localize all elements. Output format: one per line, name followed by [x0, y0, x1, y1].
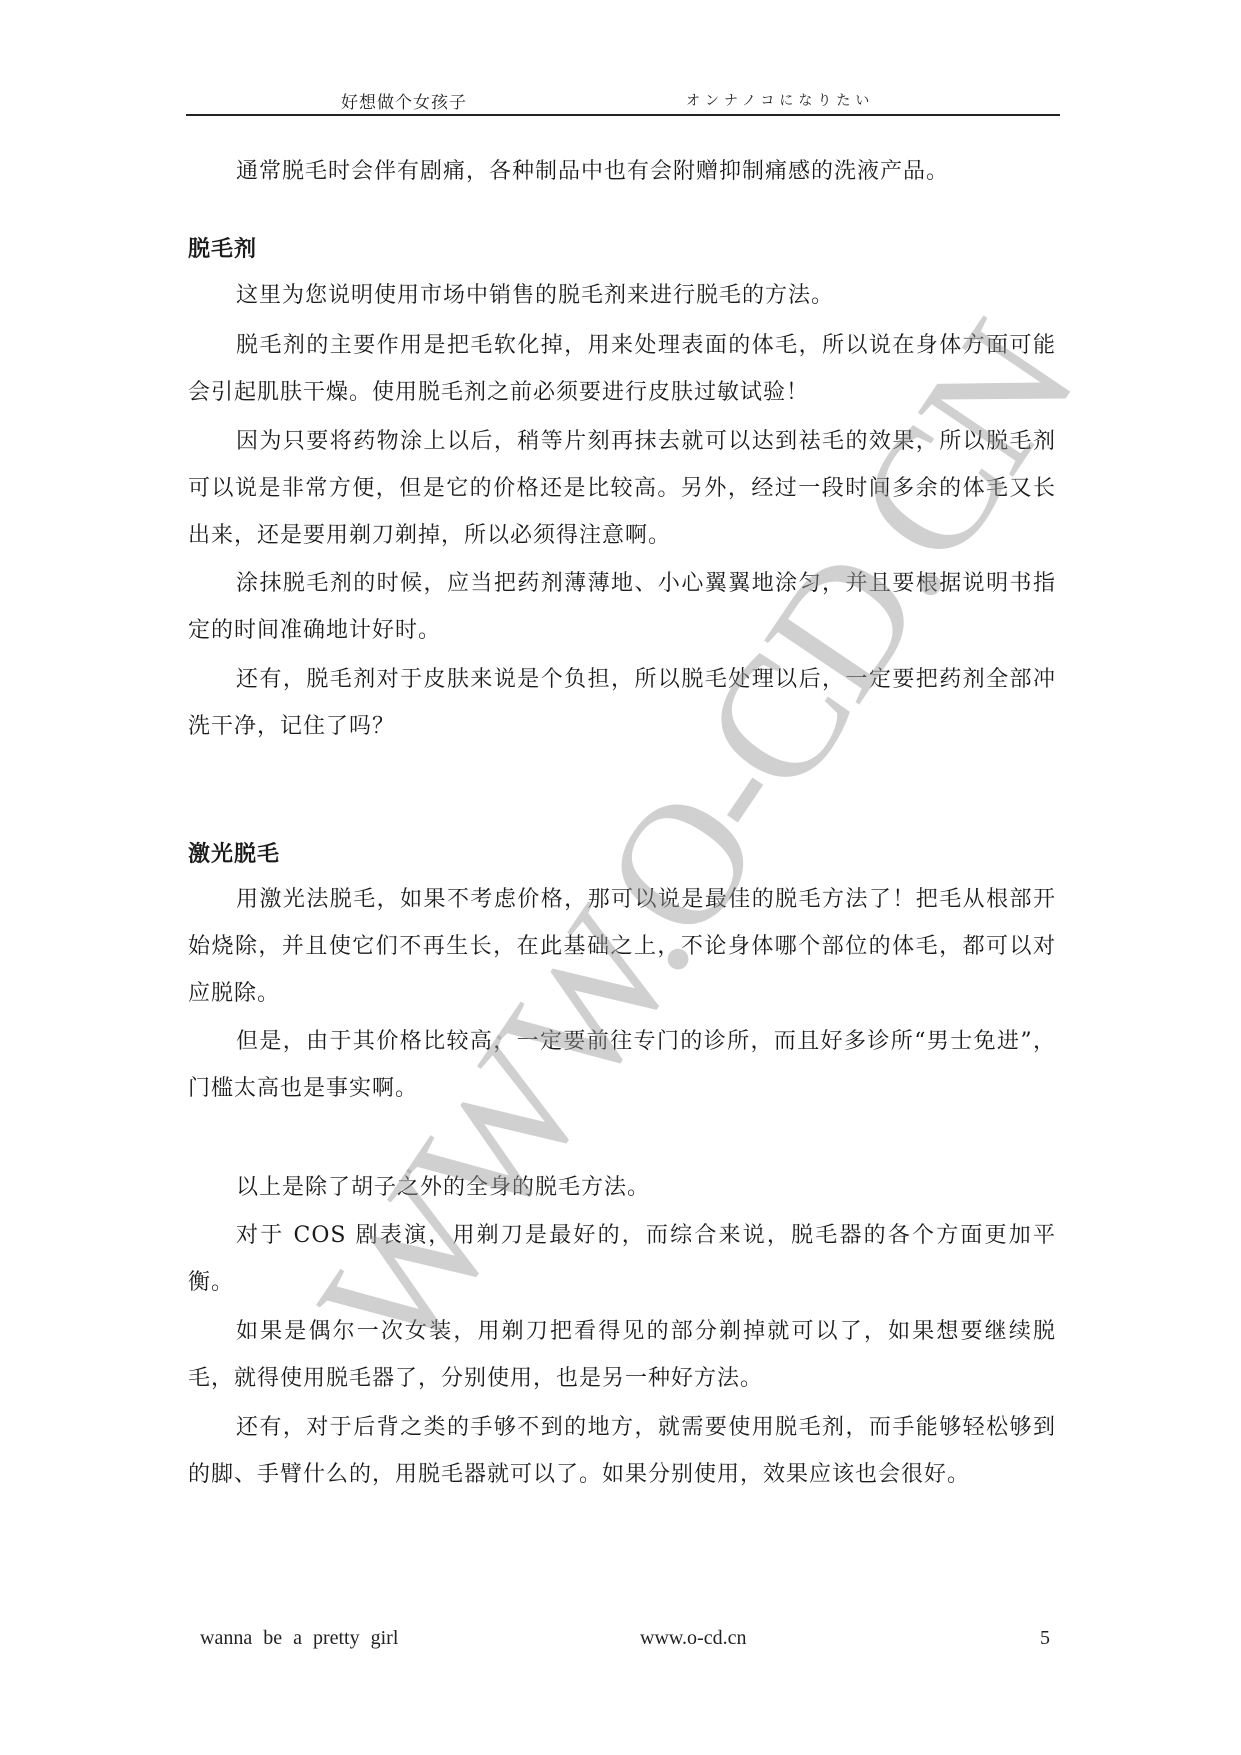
section-heading-laser: 激光脱毛 — [188, 837, 280, 868]
page-header: 好想做个女孩子 オンナノコになりたい — [186, 84, 1060, 116]
header-title-chinese: 好想做个女孩子 — [341, 88, 467, 113]
section-heading-depilatory: 脱毛剂 — [188, 232, 257, 263]
paragraph: 用激光法脱毛，如果不考虑价格，那可以说是最佳的脱毛方法了！把毛从根部开始烧除，并… — [188, 876, 1056, 1017]
paragraph: 还有，脱毛剂对于皮肤来说是个负担，所以脱毛处理以后，一定要把药剂全部冲洗干净，记… — [188, 656, 1056, 750]
footer-website: www.o-cd.cn — [640, 1627, 746, 1650]
paragraph: 脱毛剂的主要作用是把毛软化掉，用来处理表面的体毛，所以说在身体方面可能会引起肌肤… — [188, 322, 1056, 416]
footer-slogan: wanna be a pretty girl — [200, 1627, 398, 1650]
paragraph: 涂抹脱毛剂的时候，应当把药剂薄薄地、小心翼翼地涂匀，并且要根据说明书指定的时间准… — [188, 560, 1056, 654]
intro-paragraph: 通常脱毛时会伴有剧痛，各种制品中也有会附赠抑制痛感的洗液产品。 — [188, 148, 1056, 195]
paragraph: 这里为您说明使用市场中销售的脱毛剂来进行脱毛的方法。 — [188, 272, 1056, 319]
paragraph: 以上是除了胡子之外的全身的脱毛方法。 — [188, 1164, 1056, 1211]
paragraph: 还有，对于后背之类的手够不到的地方，就需要使用脱毛剂，而手能够轻松够到的脚、手臂… — [188, 1404, 1056, 1498]
page-number: 5 — [1040, 1627, 1050, 1650]
paragraph: 对于 COS 剧表演，用剃刀是最好的，而综合来说，脱毛器的各个方面更加平衡。 — [188, 1212, 1056, 1306]
paragraph: 如果是偶尔一次女装，用剃刀把看得见的部分剃掉就可以了，如果想要继续脱毛，就得使用… — [188, 1308, 1056, 1402]
header-title-japanese: オンナノコになりたい — [686, 90, 874, 110]
paragraph: 因为只要将药物涂上以后，稍等片刻再抹去就可以达到祛毛的效果，所以脱毛剂可以说是非… — [188, 418, 1056, 559]
document-page: 好想做个女孩子 オンナノコになりたい 通常脱毛时会伴有剧痛，各种制品中也有会附赠… — [0, 0, 1241, 1755]
paragraph: 但是，由于其价格比较高，一定要前往专门的诊所，而且好多诊所“男士免进”，门槛太高… — [188, 1018, 1056, 1112]
